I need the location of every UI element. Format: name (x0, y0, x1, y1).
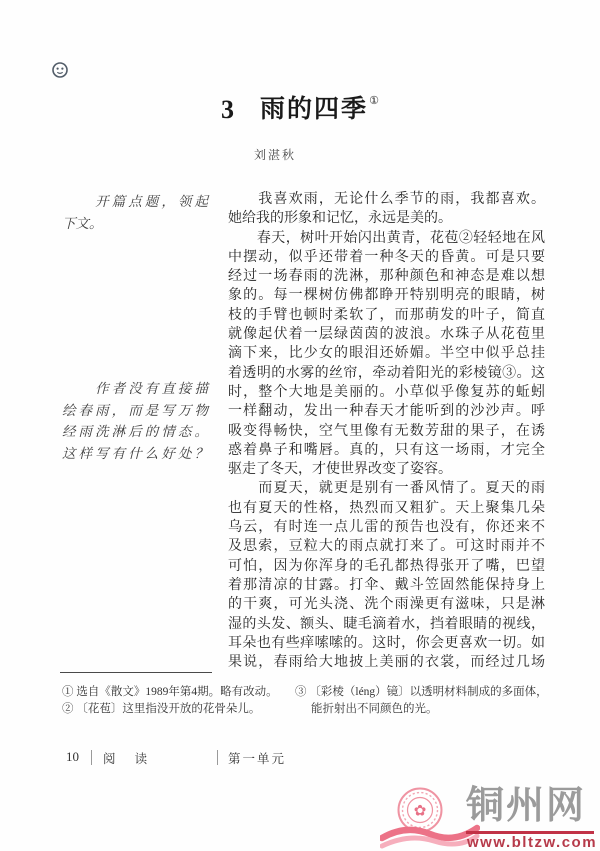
text-line: 滴下来，比少女的眼泪还娇媚。半空中似乎总挂 (228, 344, 545, 363)
text-line: 着那清凉的甘露。打伞、戴斗笠固然能保持身上 (228, 576, 545, 595)
text-line: 果说，春雨给大地披上美丽的衣裳，而经过几场 (228, 653, 545, 672)
author-name: 刘湛秋 (230, 146, 320, 163)
text-line: 吸变得畅快，空气里像有无数芳甜的果子，在诱 (228, 422, 545, 441)
text-line: 下文。 (62, 213, 208, 235)
text-line: 春天，树叶开始闪出黄青，花苞②轻轻地在风 (228, 229, 545, 248)
lesson-title-row: 3 雨的四季 ① (0, 96, 600, 125)
text-line: 着透明的水雾的丝帘，牵动着阳光的彩棱镜③。这 (228, 364, 545, 383)
text-line: 惑着鼻子和嘴唇。真的，只有这一场雨，才完全 (228, 441, 545, 460)
text-line: 也有夏天的性格，热烈而又粗犷。天上聚集几朵 (228, 499, 545, 518)
textbook-page: 3 雨的四季 ① 刘湛秋 开篇点题，领起下文。 作者没有直接描绘春雨，而是写万物… (0, 0, 600, 851)
text-line: 绘春雨，而是写万物 (62, 400, 208, 422)
text-line: 可怕，因为你浑身的毛孔都热得张开了嘴，巴望 (228, 557, 545, 576)
text-line: 作者没有直接描 (62, 378, 208, 400)
text-line: 这样写有什么好处？ (62, 443, 208, 465)
text-line: 中摆动，似乎还带着一种冬天的昏黄。可是只要 (228, 248, 545, 267)
text-line: ① 选自《散文》1989年第4期。略有改动。 (62, 684, 278, 701)
site-watermark: ✿ 铜州网 www.bltzw.com (380, 784, 600, 851)
text-line: 经雨洗淋后的情态。 (62, 421, 208, 443)
text-line: 乌云，有时连一点儿雷的预告也没有，你还来不 (228, 518, 545, 537)
page-title: 雨的四季 (260, 96, 368, 125)
text-line: 的干爽，可光头浇、洗个雨澡更有滋味，只是淋 (228, 595, 545, 614)
watermark-site-url: www.bltzw.com (467, 834, 597, 851)
page-number: 10 (66, 749, 79, 765)
footer-section-label: 阅 读 (103, 749, 155, 767)
lesson-number: 3 (221, 96, 234, 125)
text-line: 经过一场春雨的洗淋，那种颜色和神态是难以想 (228, 267, 545, 286)
text-line: 象的。每一棵树仿佛都睁开特别明亮的眼睛，树 (228, 286, 545, 305)
text-line: 就像起伏着一层绿茵茵的波浪。水珠子从花苞里 (228, 325, 545, 344)
footnotes-right: ③ 〔彩棱（léng）镜〕以透明材料制成的多面体，能折射出不同颜色的光。 (295, 684, 548, 718)
text-line: 我喜欢雨，无论什么季节的雨，我都喜欢。 (228, 190, 545, 209)
footnote-separator (60, 672, 212, 673)
margin-note-opening: 开篇点题，领起下文。 (62, 191, 208, 234)
text-line: 湿的头发、额头、睫毛滴着水，挡着眼睛的视线， (228, 615, 545, 634)
lesson-text: 我喜欢雨，无论什么季节的雨，我都喜欢。她给我的形象和记忆，永远是美的。 春天，树… (228, 190, 545, 672)
text-line: 耳朵也有些痒嗦嗦的。这时，你会更喜欢一切。如 (228, 634, 545, 653)
page-footer: 10 阅 读 第一单元 (0, 747, 600, 769)
text-line: 她给我的形象和记忆，永远是美的。 (228, 209, 545, 228)
watermark-site-name: 铜州网 (466, 786, 596, 826)
text-line: 而夏天，就更是别有一番风情了。夏天的雨 (228, 479, 545, 498)
footnote-ref-icon: ① (369, 94, 379, 107)
text-line: 及思索，豆粒大的雨点就打来了。可这时雨并不 (228, 537, 545, 556)
seal-flower-icon: ✿ (414, 804, 427, 820)
text-line: 一样翻动，发出一种春天才能听到的沙沙声。呼 (228, 402, 545, 421)
face-icon (51, 61, 69, 79)
footnotes-left: ① 选自《散文》1989年第4期。略有改动。② 〔花苞〕这里指没开放的花骨朵儿。 (62, 684, 278, 718)
footer-divider (217, 750, 218, 765)
wave-ribbon-icon (380, 820, 480, 850)
text-line: 开篇点题，领起 (62, 191, 208, 213)
text-line: 能折射出不同颜色的光。 (295, 701, 548, 718)
text-line: 枝的手臂也顿时柔软了，而那萌发的叶子，简直 (228, 306, 545, 325)
footer-divider (91, 750, 92, 765)
text-line: ③ 〔彩棱（léng）镜〕以透明材料制成的多面体， (295, 684, 548, 701)
text-line: ② 〔花苞〕这里指没开放的花骨朵儿。 (62, 701, 278, 718)
margin-note-question: 作者没有直接描绘春雨，而是写万物经雨洗淋后的情态。这样写有什么好处？ (62, 378, 208, 464)
text-line: 驱走了冬天，才使世界改变了姿容。 (228, 460, 545, 479)
footer-unit-label: 第一单元 (228, 749, 286, 767)
text-line: 时，整个大地是美丽的。小草似乎像复苏的蚯蚓 (228, 383, 545, 402)
